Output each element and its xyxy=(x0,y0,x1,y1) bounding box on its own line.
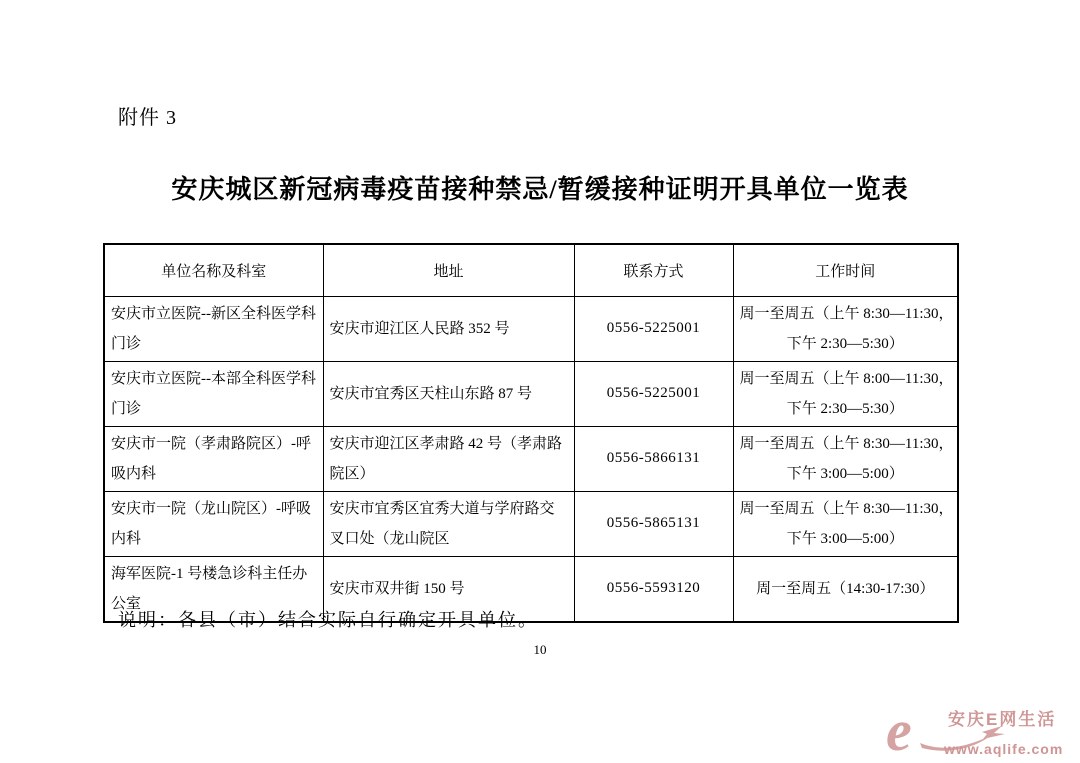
note-text: 说明：各县（市）结合实际自行确定开具单位。 xyxy=(118,606,538,632)
table-body: 安庆市立医院--新区全科医学科门诊 安庆市迎江区人民路 352 号 0556-5… xyxy=(104,296,958,622)
hours-cell: 周一至周五（上午 8:00—11:30， 下午 2:30—5:30） xyxy=(733,361,958,426)
address-cell: 安庆市宜秀区宜秀大道与学府路交叉口处（龙山院区 xyxy=(323,491,574,556)
hours-cell: 周一至周五（上午 8:30—11:30， 下午 2:30—5:30） xyxy=(733,296,958,361)
address-cell: 安庆市宜秀区天柱山东路 87 号 xyxy=(323,361,574,426)
hours-line: 周一至周五（14:30-17:30） xyxy=(740,574,952,604)
contact-cell: 0556-5866131 xyxy=(574,426,733,491)
contact-cell: 0556-5225001 xyxy=(574,361,733,426)
hours-cell: 周一至周五（14:30-17:30） xyxy=(733,556,958,622)
page-title: 安庆城区新冠病毒疫苗接种禁忌/暂缓接种证明开具单位一览表 xyxy=(0,169,1080,206)
column-header-unit: 单位名称及科室 xyxy=(104,244,323,296)
contact-cell: 0556-5593120 xyxy=(574,556,733,622)
column-header-address: 地址 xyxy=(323,244,574,296)
hours-line: 下午 3:00—5:00） xyxy=(740,459,952,489)
table-row: 安庆市一院（孝肃路院区）-呼吸内科 安庆市迎江区孝肃路 42 号（孝肃路院区） … xyxy=(104,426,958,491)
address-cell: 安庆市迎江区人民路 352 号 xyxy=(323,296,574,361)
hours-line: 周一至周五（上午 8:00—11:30， xyxy=(740,364,952,394)
watermark-e-icon: e xyxy=(886,698,912,760)
watermark-url-text: www.aqlife.com xyxy=(943,741,1063,757)
table-row: 安庆市立医院--本部全科医学科门诊 安庆市宜秀区天柱山东路 87 号 0556-… xyxy=(104,361,958,426)
contact-cell: 0556-5225001 xyxy=(574,296,733,361)
watermark-brand-text: 安庆E网生活 xyxy=(948,709,1056,729)
unit-name-cell: 安庆市立医院--本部全科医学科门诊 xyxy=(104,361,323,426)
watermark-logo: e 安庆E网生活 www.aqlife.com xyxy=(886,698,1078,760)
header-row: 单位名称及科室 地址 联系方式 工作时间 xyxy=(104,244,958,296)
unit-name-cell: 安庆市一院（龙山院区）-呼吸内科 xyxy=(104,491,323,556)
unit-name-cell: 安庆市立医院--新区全科医学科门诊 xyxy=(104,296,323,361)
page-number: 10 xyxy=(0,642,1080,658)
hours-line: 周一至周五（上午 8:30—11:30， xyxy=(740,429,952,459)
table-row: 安庆市立医院--新区全科医学科门诊 安庆市迎江区人民路 352 号 0556-5… xyxy=(104,296,958,361)
units-table: 单位名称及科室 地址 联系方式 工作时间 安庆市立医院--新区全科医学科门诊 安… xyxy=(103,243,959,623)
table-header: 单位名称及科室 地址 联系方式 工作时间 xyxy=(104,244,958,296)
attachment-label: 附件 3 xyxy=(118,101,177,130)
column-header-hours: 工作时间 xyxy=(733,244,958,296)
hours-line: 周一至周五（上午 8:30—11:30， xyxy=(740,494,952,524)
hours-line: 周一至周五（上午 8:30—11:30， xyxy=(740,299,952,329)
contact-cell: 0556-5865131 xyxy=(574,491,733,556)
hours-line: 下午 2:30—5:30） xyxy=(740,394,952,424)
unit-name-cell: 安庆市一院（孝肃路院区）-呼吸内科 xyxy=(104,426,323,491)
column-header-contact: 联系方式 xyxy=(574,244,733,296)
document-page: 附件 3 安庆城区新冠病毒疫苗接种禁忌/暂缓接种证明开具单位一览表 单位名称及科… xyxy=(0,0,1080,763)
hours-cell: 周一至周五（上午 8:30—11:30， 下午 3:00—5:00） xyxy=(733,491,958,556)
table-row: 安庆市一院（龙山院区）-呼吸内科 安庆市宜秀区宜秀大道与学府路交叉口处（龙山院区… xyxy=(104,491,958,556)
address-cell: 安庆市迎江区孝肃路 42 号（孝肃路院区） xyxy=(323,426,574,491)
hours-line: 下午 3:00—5:00） xyxy=(740,524,952,554)
hours-cell: 周一至周五（上午 8:30—11:30， 下午 3:00—5:00） xyxy=(733,426,958,491)
hours-line: 下午 2:30—5:30） xyxy=(740,329,952,359)
